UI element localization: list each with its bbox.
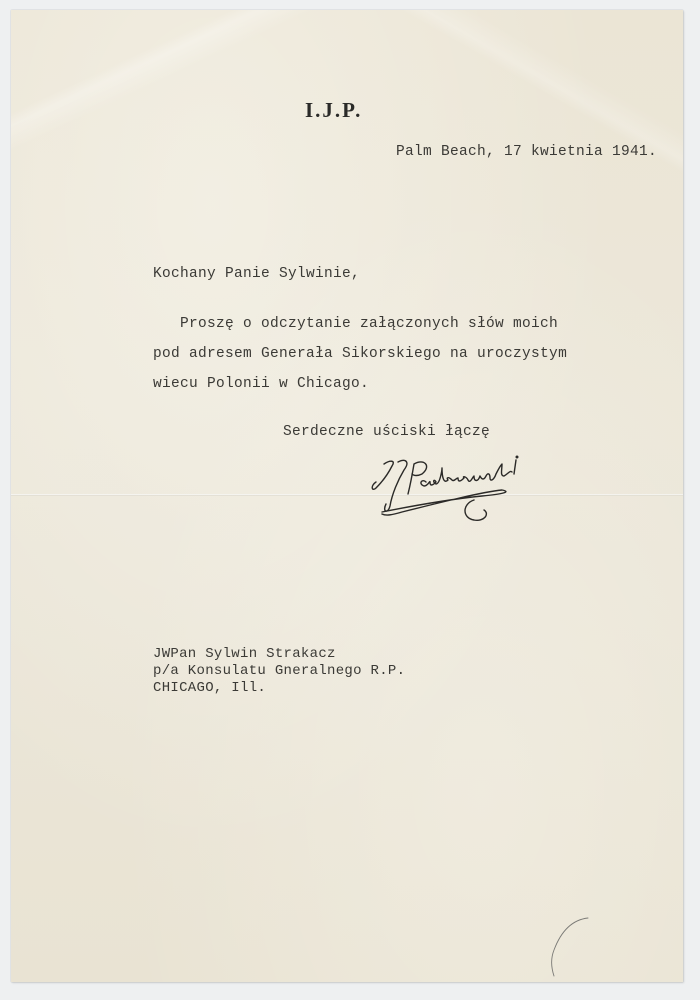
body-line-3: wiecu Polonii w Chicago. (153, 376, 369, 392)
letterhead-monogram: I.J.P. (305, 98, 362, 123)
fold-line (11, 494, 683, 496)
closing-line: Serdeczne uściski łączę (283, 424, 490, 440)
salutation: Kochany Panie Sylwinie, (153, 266, 360, 282)
date-line: Palm Beach, 17 kwietnia 1941. (396, 144, 657, 160)
address-line-3: CHICAGO, Ill. (153, 680, 266, 697)
pencil-mark (540, 910, 600, 980)
body-line-2: pod adresem Generała Sikorskiego na uroc… (153, 346, 567, 362)
address-line-2: p/a Konsulatu Gneralnego R.P. (153, 663, 405, 680)
address-line-1: JWPan Sylwin Strakacz (153, 646, 336, 663)
body-line-1: Proszę o odczytanie załączonych słów moi… (153, 316, 558, 332)
signature-paderewski (362, 452, 542, 532)
